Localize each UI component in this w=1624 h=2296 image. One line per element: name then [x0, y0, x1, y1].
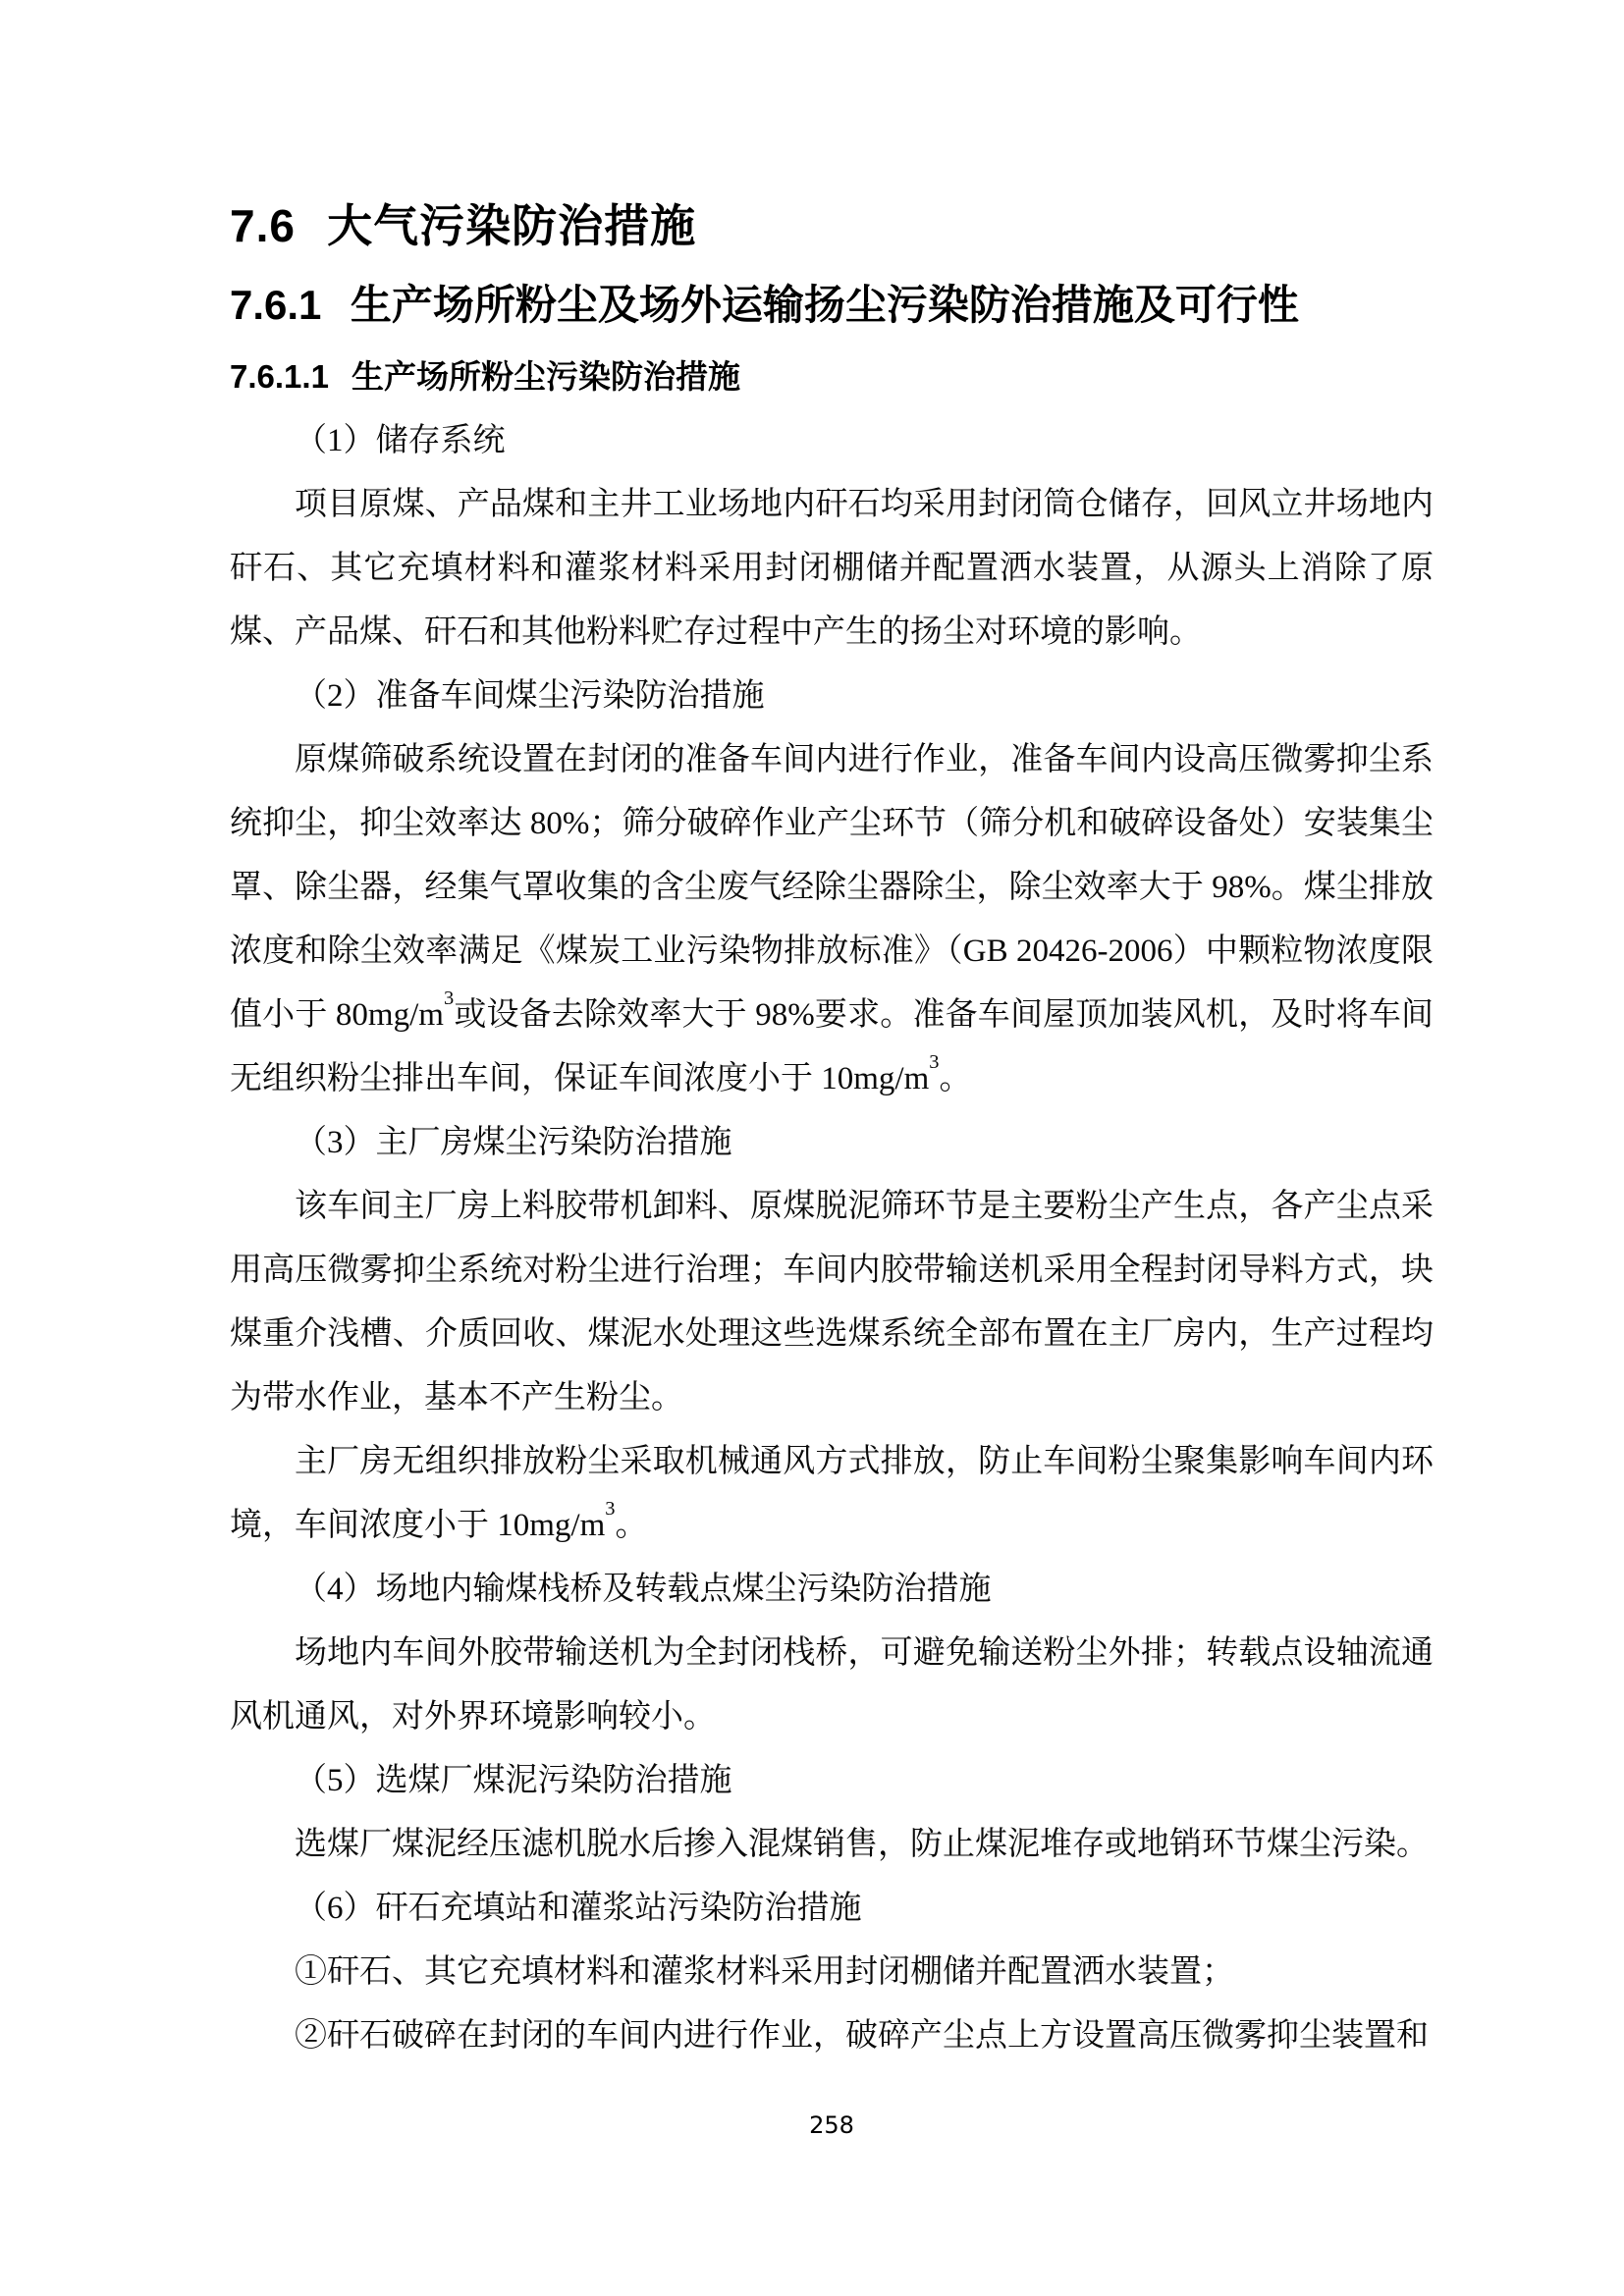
- page-footer: 258: [230, 2110, 1434, 2140]
- page-number: 258: [809, 2111, 854, 2139]
- list-item-heading: （6）矸石充填站和灌浆站污染防治措施: [230, 1877, 1434, 1941]
- paragraph-text: ②矸石破碎在封闭的车间内进行作业，破碎产尘点上方设置高压微雾抑尘装置和: [295, 2018, 1429, 2054]
- paragraph: 主厂房无组织排放粉尘采取机械通风方式排放，防止车间粉尘聚集影响车间内环境，车间浓…: [230, 1430, 1434, 1558]
- superscript-text: 3: [929, 1051, 939, 1073]
- paragraph: 原煤筛破系统设置在封闭的准备车间内进行作业，准备车间内设高压微雾抑尘系统抑尘，抑…: [230, 728, 1434, 1111]
- paragraph: ①矸石、其它充填材料和灌浆材料采用封闭棚储并配置洒水装置；: [230, 1941, 1434, 2004]
- list-item-heading: （2）准备车间煤尘污染防治措施: [230, 665, 1434, 728]
- section-title: 生产场所粉尘及场外运输扬尘污染防治措施及可行性: [351, 282, 1299, 328]
- superscript-text: 3: [444, 988, 454, 1009]
- document-page: 7.6大气污染防治措施 7.6.1生产场所粉尘及场外运输扬尘污染防治措施及可行性…: [0, 0, 1624, 2296]
- list-item-heading: （3）主厂房煤尘污染防治措施: [230, 1111, 1434, 1175]
- paragraph-text: （2）准备车间煤尘污染防治措施: [295, 678, 765, 714]
- paragraph-text: 原煤筛破系统设置在封闭的准备车间内进行作业，准备车间内设高压微雾抑尘系统抑尘，抑…: [230, 742, 1434, 1033]
- section-title: 生产场所粉尘污染防治措施: [352, 358, 740, 395]
- superscript-text: 3: [605, 1498, 615, 1520]
- paragraph-text: （1）储存系统: [295, 423, 506, 458]
- paragraph: 项目原煤、产品煤和主井工业场地内矸石均采用封闭筒仓储存，回风立井场地内矸石、其它…: [230, 473, 1434, 665]
- paragraph-text: 。: [615, 1508, 647, 1543]
- paragraph-text: 项目原煤、产品煤和主井工业场地内矸石均采用封闭筒仓储存，回风立井场地内矸石、其它…: [230, 487, 1434, 650]
- paragraph-text: （3）主厂房煤尘污染防治措施: [295, 1125, 732, 1160]
- section-number: 7.6.1: [230, 283, 321, 328]
- list-item-heading: （1）储存系统: [230, 409, 1434, 473]
- paragraph-text: 选煤厂煤泥经压滤机脱水后掺入混煤销售，防止煤泥堆存或地销环节煤尘污染。: [295, 1827, 1429, 1862]
- list-item-heading: （5）选煤厂煤泥污染防治措施: [230, 1749, 1434, 1813]
- paragraph-text: （6）矸石充填站和灌浆站污染防治措施: [295, 1891, 862, 1926]
- paragraph-text: 该车间主厂房上料胶带机卸料、原煤脱泥筛环节是主要粉尘产生点，各产尘点采用高压微雾…: [230, 1189, 1434, 1415]
- paragraph: 场地内车间外胶带输送机为全封闭栈桥，可避免输送粉尘外排；转载点设轴流通风机通风，…: [230, 1622, 1434, 1749]
- section-number: 7.6.1.1: [230, 358, 329, 396]
- paragraph-text: 主厂房无组织排放粉尘采取机械通风方式排放，防止车间粉尘聚集影响车间内环境，车间浓…: [230, 1444, 1434, 1543]
- section-heading-7-6: 7.6大气污染防治措施: [230, 200, 1434, 251]
- paragraph: 该车间主厂房上料胶带机卸料、原煤脱泥筛环节是主要粉尘产生点，各产尘点采用高压微雾…: [230, 1175, 1434, 1430]
- paragraph-text: 。: [939, 1061, 971, 1096]
- list-item-heading: （4）场地内输煤栈桥及转载点煤尘污染防治措施: [230, 1558, 1434, 1622]
- paragraph: 选煤厂煤泥经压滤机脱水后掺入混煤销售，防止煤泥堆存或地销环节煤尘污染。: [230, 1813, 1434, 1877]
- paragraph: ②矸石破碎在封闭的车间内进行作业，破碎产尘点上方设置高压微雾抑尘装置和: [230, 2004, 1434, 2068]
- section-heading-7-6-1: 7.6.1生产场所粉尘及场外运输扬尘污染防治措施及可行性: [230, 283, 1434, 328]
- section-heading-7-6-1-1: 7.6.1.1生产场所粉尘污染防治措施: [230, 358, 1434, 396]
- section-number: 7.6: [230, 200, 296, 251]
- paragraph-text: （5）选煤厂煤泥污染防治措施: [295, 1763, 732, 1798]
- document-body: （1）储存系统项目原煤、产品煤和主井工业场地内矸石均采用封闭筒仓储存，回风立井场…: [230, 409, 1434, 2068]
- document-content: 7.6大气污染防治措施 7.6.1生产场所粉尘及场外运输扬尘污染防治措施及可行性…: [0, 0, 1624, 2068]
- paragraph-text: （4）场地内输煤栈桥及转载点煤尘污染防治措施: [295, 1572, 992, 1607]
- section-title: 大气污染防治措施: [327, 200, 696, 251]
- paragraph-text: 场地内车间外胶带输送机为全封闭栈桥，可避免输送粉尘外排；转载点设轴流通风机通风，…: [230, 1635, 1434, 1735]
- paragraph-text: ①矸石、其它充填材料和灌浆材料采用封闭棚储并配置洒水装置；: [295, 1954, 1234, 1990]
